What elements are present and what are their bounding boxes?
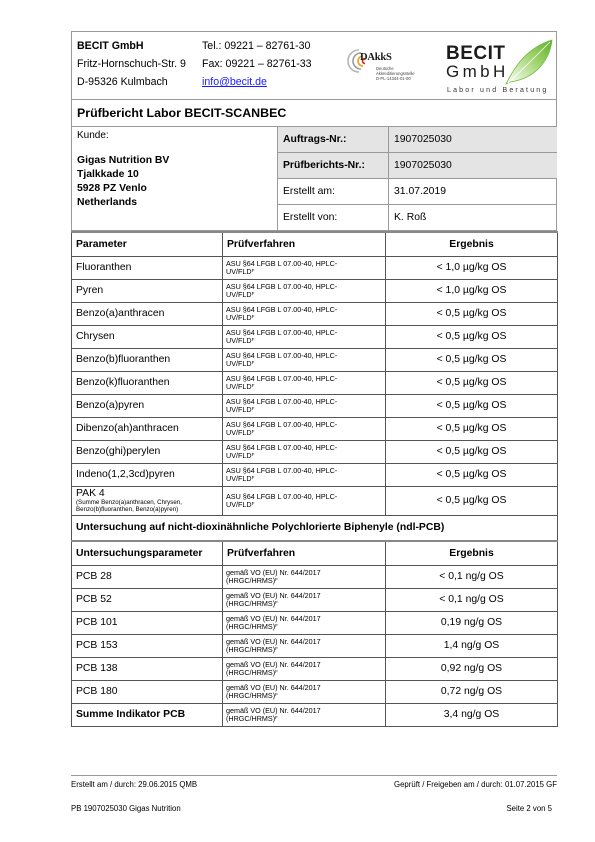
table-row: PCB 138gemäß VO (EU) Nr. 644/2017(HRGC/H… (72, 657, 558, 680)
result-cell: < 0,5 µg/kg OS (386, 348, 558, 371)
parameter-cell: PCB 101 (72, 611, 223, 634)
customer-address: Gigas Nutrition BV Tjalkkade 10 5928 PZ … (77, 154, 169, 210)
report-title-row: Prüfbericht Labor BECIT-SCANBEC (71, 100, 557, 127)
footer-approved: Geprüft / Freigeben am / durch: 01.07.20… (394, 780, 557, 789)
customer-city: 5928 PZ Venlo (77, 182, 169, 196)
footer-created: Erstellt am / durch: 29.06.2015 QMB (71, 780, 197, 789)
result-cell: 0,92 ng/g OS (386, 657, 558, 680)
parameter-cell: Chrysen (72, 325, 223, 348)
table-row: Benzo(k)fluoranthenASU §64 LFGB L 07.00-… (72, 371, 558, 394)
method-line2: UV/FLD (226, 405, 252, 414)
dakks-accreditation-logo: DAkkS Deutsche Akkreditierungsstelle D-P… (343, 44, 423, 90)
accreditation-mark: F (252, 475, 255, 480)
table-row: PyrenASU §64 LFGB L 07.00-40, HPLC-UV/FL… (72, 279, 558, 302)
customer-name: Gigas Nutrition BV (77, 154, 169, 168)
method-line2: UV/FLD (226, 500, 252, 509)
header-method: Prüfverfahren (223, 541, 386, 565)
method-cell: ASU §64 LFGB L 07.00-40, HPLC-UV/FLDF (223, 256, 386, 279)
method-line2: (HRGC/HRMS) (226, 714, 275, 723)
table-row: Benzo(b)fluoranthenASU §64 LFGB L 07.00-… (72, 348, 558, 371)
company-fax: Fax: 09221 – 82761-33 (202, 58, 312, 71)
accreditation-mark: F (275, 692, 278, 697)
method-line2: UV/FLD (226, 428, 252, 437)
method-cell: gemäß VO (EU) Nr. 644/2017(HRGC/HRMS)F (223, 588, 386, 611)
method-line2: (HRGC/HRMS) (226, 668, 275, 677)
result-cell: 3,4 ng/g OS (386, 703, 558, 726)
footer-document-reference: PB 1907025030 Gigas Nutrition (71, 804, 181, 813)
result-cell: < 1,0 µg/kg OS (386, 279, 558, 302)
header-result: Ergebnis (386, 232, 558, 256)
parameter-cell: PCB 153 (72, 634, 223, 657)
accreditation-mark: F (252, 360, 255, 365)
table-row: PCB 52gemäß VO (EU) Nr. 644/2017(HRGC/HR… (72, 588, 558, 611)
table-row: PCB 101gemäß VO (EU) Nr. 644/2017(HRGC/H… (72, 611, 558, 634)
meta-row-order-number: Auftrags-Nr.: 1907025030 (278, 127, 557, 153)
leaf-icon (504, 38, 554, 86)
meta-label: Erstellt von: (283, 212, 337, 223)
parameter-cell: PCB 52 (72, 588, 223, 611)
method-line2: UV/FLD (226, 359, 252, 368)
parameter-cell: PCB 180 (72, 680, 223, 703)
result-cell: < 0,5 µg/kg OS (386, 486, 558, 515)
method-line2: (HRGC/HRMS) (226, 599, 275, 608)
pak4-label: PAK 4 (76, 488, 218, 499)
table-row-pak4: PAK 4(Summe Benzo(a)anthracen, Chrysen,B… (72, 486, 558, 515)
meta-row-report-number: Prüfberichts-Nr.: 1907025030 (278, 153, 557, 179)
method-line2: UV/FLD (226, 313, 252, 322)
method-cell: ASU §64 LFGB L 07.00-40, HPLC-UV/FLDF (223, 325, 386, 348)
becit-logo-line2: GmbH (446, 62, 509, 82)
parameter-cell: Fluoranthen (72, 256, 223, 279)
customer-street: Tjalkkade 10 (77, 168, 169, 182)
pcb-table-header: UntersuchungsparameterPrüfverfahrenErgeb… (72, 541, 558, 565)
accreditation-mark: F (275, 646, 278, 651)
accreditation-mark: F (275, 623, 278, 628)
method-cell: gemäß VO (EU) Nr. 644/2017(HRGC/HRMS)F (223, 565, 386, 588)
table-row: Benzo(a)anthracenASU §64 LFGB L 07.00-40… (72, 302, 558, 325)
customer-address-cell: Kunde: Gigas Nutrition BV Tjalkkade 10 5… (72, 127, 278, 230)
accreditation-mark: F (275, 715, 278, 720)
becit-logo-tagline: Labor und Beratung (447, 87, 548, 94)
pak-table-header: Parameter Prüfverfahren Ergebnis (72, 232, 558, 256)
result-cell: 0,19 ng/g OS (386, 611, 558, 634)
meta-label: Erstellt am: (283, 186, 335, 197)
result-cell: < 0,5 µg/kg OS (386, 302, 558, 325)
accreditation-mark: F (275, 600, 278, 605)
result-cell: < 0,5 µg/kg OS (386, 325, 558, 348)
pcb-section-heading-row: Untersuchung auf nicht-dioxinähnliche Po… (72, 515, 558, 541)
parameter-cell: Benzo(a)anthracen (72, 302, 223, 325)
accreditation-mark: F (252, 291, 255, 296)
table-row: Benzo(a)pyrenASU §64 LFGB L 07.00-40, HP… (72, 394, 558, 417)
accreditation-mark: F (252, 268, 255, 273)
method-line2: UV/FLD (226, 474, 252, 483)
accreditation-mark: F (252, 501, 255, 506)
method-cell: ASU §64 LFGB L 07.00-40, HPLC-UV/FLDF (223, 348, 386, 371)
accreditation-mark: F (275, 669, 278, 674)
result-cell: < 0,1 ng/g OS (386, 588, 558, 611)
table-row: FluoranthenASU §64 LFGB L 07.00-40, HPLC… (72, 256, 558, 279)
method-cell: ASU §64 LFGB L 07.00-40, HPLC-UV/FLDF (223, 371, 386, 394)
meta-label: Auftrags-Nr.: (283, 134, 347, 145)
footer-page-number: Seite 2 von 5 (506, 804, 552, 813)
method-cell: ASU §64 LFGB L 07.00-40, HPLC-UV/FLDF (223, 394, 386, 417)
table-row: Dibenzo(ah)anthracenASU §64 LFGB L 07.00… (72, 417, 558, 440)
report-title: Prüfbericht Labor BECIT-SCANBEC (77, 106, 286, 120)
method-line2: UV/FLD (226, 290, 252, 299)
table-row: Summe Indikator PCBgemäß VO (EU) Nr. 644… (72, 703, 558, 726)
dakks-wordmark: DAkkS (360, 52, 392, 63)
becit-logo: BECIT GmbH Labor und Beratung (442, 38, 557, 100)
result-cell: < 0,5 µg/kg OS (386, 371, 558, 394)
accreditation-mark: F (252, 337, 255, 342)
parameter-cell: Summe Indikator PCB (72, 703, 223, 726)
method-cell: ASU §64 LFGB L 07.00-40, HPLC-UV/FLDF (223, 463, 386, 486)
customer-block: Kunde: Gigas Nutrition BV Tjalkkade 10 5… (71, 127, 557, 231)
parameter-cell: Benzo(k)fluoranthen (72, 371, 223, 394)
footer-divider (71, 775, 557, 776)
customer-label: Kunde: (77, 130, 109, 141)
company-city: D-95326 Kulmbach (77, 76, 168, 89)
method-line2: UV/FLD (226, 267, 252, 276)
accreditation-mark: F (275, 577, 278, 582)
method-line2: (HRGC/HRMS) (226, 691, 275, 700)
table-row: ChrysenASU §64 LFGB L 07.00-40, HPLC-UV/… (72, 325, 558, 348)
method-cell: gemäß VO (EU) Nr. 644/2017(HRGC/HRMS)F (223, 680, 386, 703)
meta-label: Prüfberichts-Nr.: (283, 160, 365, 171)
parameter-cell: Benzo(a)pyren (72, 394, 223, 417)
parameter-cell: Pyren (72, 279, 223, 302)
customer-country: Netherlands (77, 196, 169, 210)
company-street: Fritz-Hornschuch-Str. 9 (77, 58, 186, 71)
company-email-link[interactable]: info@becit.de (202, 76, 267, 89)
pak4-sub1: (Summe Benzo(a)anthracen, Chrysen, (76, 499, 218, 507)
parameter-cell: Indeno(1,2,3cd)pyren (72, 463, 223, 486)
results-table: Parameter Prüfverfahren Ergebnis Fluoran… (71, 231, 558, 727)
method-cell: ASU §64 LFGB L 07.00-40, HPLC-UV/FLDF (223, 279, 386, 302)
meta-value: K. Roß (394, 212, 426, 223)
header-method: Prüfverfahren (223, 232, 386, 256)
parameter-cell: Dibenzo(ah)anthracen (72, 417, 223, 440)
company-phone: Tel.: 09221 – 82761-30 (202, 40, 310, 53)
header-parameter: Parameter (72, 232, 223, 256)
method-line2: UV/FLD (226, 451, 252, 460)
meta-value: 1907025030 (394, 160, 452, 171)
accreditation-mark: F (252, 406, 255, 411)
pcb-section-title: Untersuchung auf nicht-dioxinähnliche Po… (72, 515, 558, 541)
method-line2: (HRGC/HRMS) (226, 645, 275, 654)
table-row: Indeno(1,2,3cd)pyrenASU §64 LFGB L 07.00… (72, 463, 558, 486)
method-cell: gemäß VO (EU) Nr. 644/2017(HRGC/HRMS)F (223, 634, 386, 657)
method-cell: ASU §64 LFGB L 07.00-40, HPLC-UV/FLDF (223, 440, 386, 463)
table-row: Benzo(ghi)perylenASU §64 LFGB L 07.00-40… (72, 440, 558, 463)
company-name: BECIT GmbH (77, 40, 144, 53)
meta-row-created-date: Erstellt am: 31.07.2019 (278, 179, 557, 205)
result-cell: < 0,5 µg/kg OS (386, 463, 558, 486)
accreditation-mark: F (252, 452, 255, 457)
result-cell: < 0,5 µg/kg OS (386, 417, 558, 440)
table-row: PCB 28gemäß VO (EU) Nr. 644/2017(HRGC/HR… (72, 565, 558, 588)
header-parameter: Untersuchungsparameter (72, 541, 223, 565)
meta-value: 1907025030 (394, 134, 452, 145)
result-cell: < 0,5 µg/kg OS (386, 394, 558, 417)
meta-value: 31.07.2019 (394, 186, 446, 197)
method-line2: UV/FLD (226, 382, 252, 391)
dakks-line3: D-PL-14344-01-00 (376, 76, 411, 81)
method-cell: gemäß VO (EU) Nr. 644/2017(HRGC/HRMS)F (223, 703, 386, 726)
result-cell: 0,72 ng/g OS (386, 680, 558, 703)
header-result: Ergebnis (386, 541, 558, 565)
table-row: PCB 180gemäß VO (EU) Nr. 644/2017(HRGC/H… (72, 680, 558, 703)
result-cell: 1,4 ng/g OS (386, 634, 558, 657)
meta-row-created-by: Erstellt von: K. Roß (278, 205, 557, 230)
method-cell: ASU §64 LFGB L 07.00-40, HPLC-UV/FLDF (223, 486, 386, 515)
method-cell: gemäß VO (EU) Nr. 644/2017(HRGC/HRMS)F (223, 657, 386, 680)
method-cell: ASU §64 LFGB L 07.00-40, HPLC-UV/FLDF (223, 417, 386, 440)
parameter-cell: PCB 138 (72, 657, 223, 680)
method-cell: gemäß VO (EU) Nr. 644/2017(HRGC/HRMS)F (223, 611, 386, 634)
pak4-sub2: Benzo(b)fluoranthen, Benzo(a)pyren) (76, 506, 218, 514)
accreditation-mark: F (252, 429, 255, 434)
parameter-cell: Benzo(ghi)perylen (72, 440, 223, 463)
result-cell: < 0,5 µg/kg OS (386, 440, 558, 463)
result-cell: < 0,1 ng/g OS (386, 565, 558, 588)
table-row: PCB 153gemäß VO (EU) Nr. 644/2017(HRGC/H… (72, 634, 558, 657)
method-cell: ASU §64 LFGB L 07.00-40, HPLC-UV/FLDF (223, 302, 386, 325)
method-line2: UV/FLD (226, 336, 252, 345)
method-line2: (HRGC/HRMS) (226, 576, 275, 585)
parameter-cell: PCB 28 (72, 565, 223, 588)
parameter-cell: Benzo(b)fluoranthen (72, 348, 223, 371)
result-cell: < 1,0 µg/kg OS (386, 256, 558, 279)
accreditation-mark: F (252, 383, 255, 388)
accreditation-mark: F (252, 314, 255, 319)
method-line2: (HRGC/HRMS) (226, 622, 275, 631)
parameter-cell: PAK 4(Summe Benzo(a)anthracen, Chrysen,B… (72, 486, 223, 515)
